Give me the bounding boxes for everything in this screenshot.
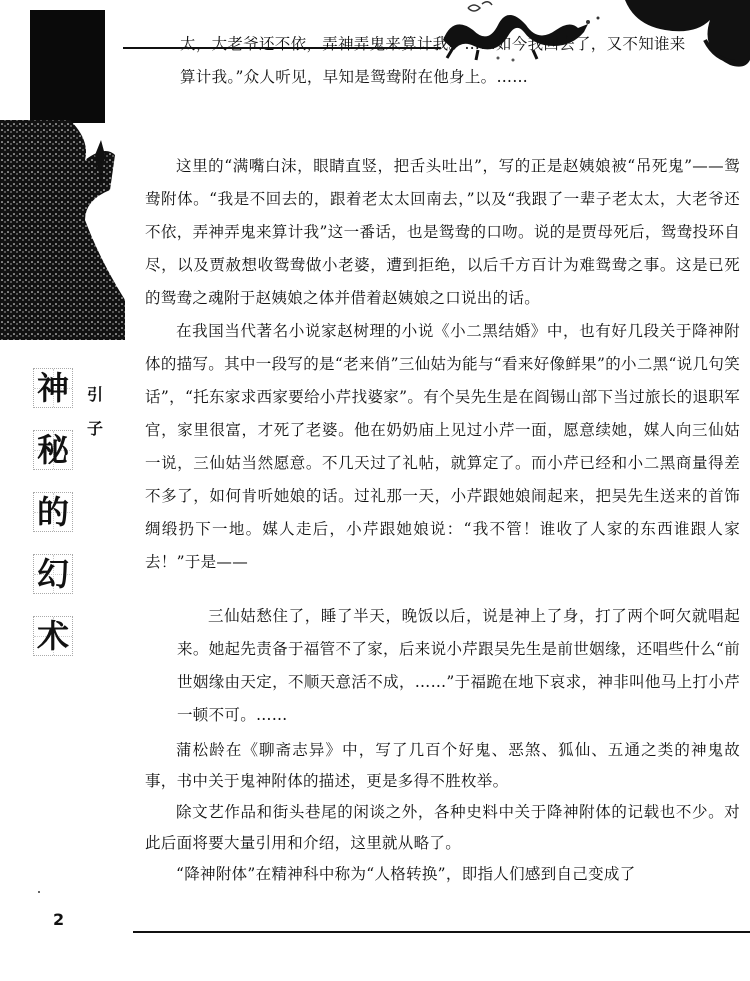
title-char: 幻 bbox=[33, 554, 73, 594]
paragraph: 在我国当代著名小说家赵树理的小说《小二黑结婚》中，也有好几段关于降神附体的描写。… bbox=[145, 315, 740, 579]
black-square-decoration bbox=[30, 10, 105, 123]
footer-rule bbox=[133, 931, 750, 933]
title-char: 神 bbox=[33, 368, 73, 408]
page-number: 2 bbox=[53, 910, 64, 929]
title-char: 术 bbox=[33, 616, 73, 656]
subtitle-char: 引 bbox=[84, 378, 106, 412]
paragraph: “降神附体”在精神科中称为“人格转换”，即指人们感到自己变成了 bbox=[145, 859, 740, 890]
quote-block-2: 三仙姑愁住了，睡了半天，晚饭以后，说是神上了身，打了两个呵欠就唱起来。她起先责备… bbox=[145, 600, 740, 732]
paragraph: 蒲松龄在《聊斋志异》中，写了几百个好鬼、恶煞、狐仙、五通之类的神鬼故事，书中关于… bbox=[145, 735, 740, 797]
paragraph: 除文艺作品和街头巷尾的闲谈之外，各种史料中关于降神附体的记载也不少。对此后面将要… bbox=[145, 797, 740, 859]
quote-paragraph: 三仙姑愁住了，睡了半天，晚饭以后，说是神上了身，打了两个呵欠就唱起来。她起先责备… bbox=[177, 600, 740, 732]
quote-line: 算计我。”众人听见，早知是鸳鸯附在他身上。…… bbox=[180, 61, 740, 94]
quote-line: 太，大老爷还不依，弄神弄鬼来算计我。……如今我回去了，又不知谁来 bbox=[180, 28, 740, 61]
subtitle-char: 子 bbox=[84, 412, 106, 446]
section-subtitle-vertical: 引 子 bbox=[84, 378, 106, 446]
main-text-2: 蒲松龄在《聊斋志异》中，写了几百个好鬼、恶煞、狐仙、五通之类的神鬼故事，书中关于… bbox=[145, 735, 740, 890]
main-text: 这里的“满嘴白沫，眼睛直竖，把舌头吐出”，写的正是赵姨娘被“吊死鬼”——鸳鸯附体… bbox=[145, 150, 740, 579]
title-char: 的 bbox=[33, 492, 73, 532]
paragraph: 这里的“满嘴白沫，眼睛直竖，把舌头吐出”，写的正是赵姨娘被“吊死鬼”——鸳鸯附体… bbox=[145, 150, 740, 315]
ink-texture-illustration bbox=[0, 110, 125, 345]
speck-mark bbox=[38, 891, 40, 893]
title-char: 秘 bbox=[33, 430, 73, 470]
quote-block-1: 太，大老爷还不依，弄神弄鬼来算计我。……如今我回去了，又不知谁来 算计我。”众人… bbox=[145, 28, 740, 94]
chapter-title-vertical: 神 秘 的 幻 术 bbox=[33, 368, 75, 678]
